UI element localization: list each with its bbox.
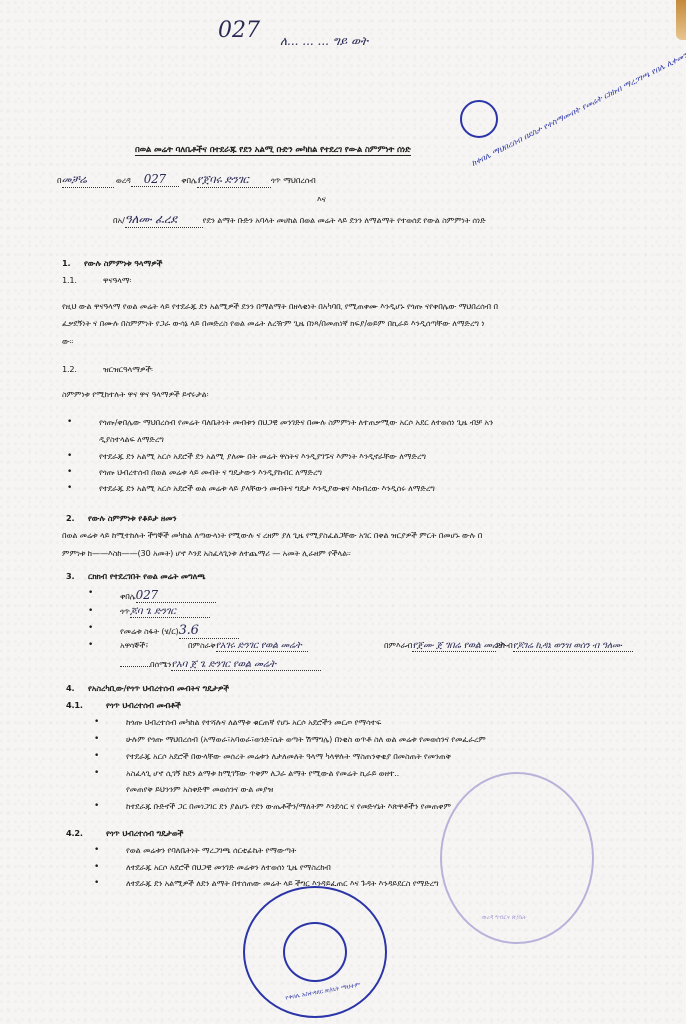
kebele-value: 027 <box>131 172 179 187</box>
section-4-number: 4. <box>66 683 74 693</box>
section-2-line-1: በወል መሬቱ ላይ ከሚተከሉት ችግኞች መካከል ለጣውላነት የሚውሉ … <box>62 530 482 541</box>
section-1-2-heading: ዝርዝርዓላማዎች፡ <box>103 364 153 375</box>
kebele-label: ቀበሌ <box>181 175 197 185</box>
objective-item: የተደራጁ ደን አልሚ አርሶ አደሮች ደን አልሚ ያለሙ በት መሬት … <box>99 451 426 462</box>
objective-item: የተደራጁ ደን አልሚ አርሶ አደሮች ወል መሬቱ ላይ ያላቸውን መብ… <box>99 483 435 494</box>
community-label: ጎጥ ማህበረሰብ <box>271 175 316 185</box>
section-3-number: 3. <box>66 571 74 581</box>
boundary-south: ደቡብየጆገሬ ኪዳኔ ወንዝ ወሰን ብ ዓለሙ <box>496 640 633 652</box>
faint-stamp-text: ወረዳ ግብርና ጽ/ቤት <box>482 914 527 922</box>
parties-line-2-text: የደን ልማት ቡድን አባላት መሀከል በወል መሬት ላይ ደንን ለማል… <box>203 215 486 225</box>
boundary-west: በምእራብየጀሙ ጀ ገበሬ የወል መሬት <box>384 640 496 652</box>
area-label: የመሬቱ ስፋት (ሄ/ር) <box>120 626 179 636</box>
west-value: የጀሙ ጀ ገበሬ የወል መሬት <box>412 640 496 652</box>
section-1-para-line-3: ው። <box>62 336 73 347</box>
group-leader-name: ዓለሙ ፈረደ <box>125 212 203 228</box>
area-value: 3.6 <box>179 623 239 639</box>
document-page: 027 ለ... ... ... ግይ ወት በወል መሬት ባለቤቶችና በተ… <box>0 0 686 1024</box>
section-3-heading: ርክክብ የተደረገበት የወል መሬት መግለጫ <box>88 571 206 582</box>
paper-stain <box>676 0 686 40</box>
and-label: እና <box>317 194 326 205</box>
faint-stamp-icon: ወረዳ ግብርና ጽ/ቤት <box>440 772 594 944</box>
handwritten-number: 027 <box>218 18 260 43</box>
south-label: ደቡብ <box>496 640 513 650</box>
woreda-label: ወረዳ <box>116 175 131 185</box>
west-label: በምእራብ <box>384 640 412 650</box>
east-label: በምስራቅ <box>188 640 216 650</box>
section-4-2-heading: የጎጥ ህብረተሰብ ግዴታወች <box>106 828 183 839</box>
section-2-heading: የውሉ ስምምነቱ የቆይታ ዘመን <box>88 513 176 524</box>
duty-item: ለተደራጁ ደን አልሚዎች ለደን ልማት በተሰጠው መሬት ላይ ችግር … <box>126 878 439 889</box>
right-item: ከጎጡ ህብረተሰብ መካከል የተሻሉና ለልማቱ ቁርጠኛ የሆኑ አርሶ … <box>126 717 381 728</box>
stamp-text: የቀበሌ አስተዳደር ጽ/ቤት ማህተም <box>285 981 361 1002</box>
section-4-1-number: 4.1. <box>66 700 83 710</box>
right-item: አስፈላጊ ሆኖ ሲገኝ ከደን ልማቱ ከሚገኘው ጥቅም ለጋራ ልማት የ… <box>126 768 399 779</box>
section-1-2-number: 1.2. <box>62 364 77 374</box>
right-item: ከተደራጁ ቡድኖች ጋር በመነጋገር ደን ያልሆኑ የደን ውጤቶችን/ማ… <box>126 801 451 812</box>
north-label: በሰሜን <box>150 659 171 669</box>
land-detail-got: ጎጥጆባ ጌ ድንገር <box>120 606 210 618</box>
objective-item: የጎጡ ህብረተሰብ በወል መሬቱ ላይ መብት ና ግዴታውን እንዲያከብ… <box>99 467 322 478</box>
section-1-1-heading: ዋናዓላማ፡ <box>103 275 131 286</box>
section-4-heading: የአስረካቢው/የጎጥ ህብረተሰብ መብትና ግዴታዎች <box>88 683 229 694</box>
got-label: ጎጥ <box>120 606 130 616</box>
land-boundaries-label: አዋሳኞች፣ <box>120 640 148 651</box>
north-value: የአባ ጀ ጌ ድንገር የወል መሬት <box>171 659 321 671</box>
section-1-para-line-2: ፈቃደኝነት ና በሙሉ በስምምነት የጋራ ውሳኔ ላይ በመድረስ የወል… <box>62 318 484 329</box>
east-value: የአገሩ ድንገር የወል መሬት <box>216 640 308 652</box>
section-2-number: 2. <box>66 513 74 523</box>
right-item: ሁሉም የጎጡ ማህበረሰብ (አማወራ፣አባወራ፣ወንድ፣ሴት ወጣት ሽማግ… <box>126 734 486 745</box>
community-value: የጀባሩ ድንገር <box>197 173 271 188</box>
right-item-continuation: የመጠየቅ ይህንንም አስቀድሞ መወሰንና ውል መያዝ <box>126 784 273 795</box>
boundary-north: በሰሜንየአባ ጀ ጌ ድንገር የወል መሬት <box>120 659 321 671</box>
objective-item-continuation: ዲያስተላልፍ ለማድረግ <box>99 434 164 445</box>
section-1-heading: የውሉ ስምምነቱ ዓላማዎች <box>84 258 162 269</box>
document-title: በወል መሬት ባለቤቶችና በተደራጁ የደን አልሚ ቡድን መካከል የተ… <box>135 145 411 156</box>
got-value: ጆባ ጌ ድንገር <box>130 606 210 618</box>
prefix-label-2: በአ/ <box>113 215 125 225</box>
stamp-note: ከቀበሌ ማህበረሰብ በደስታ የተስማሙበት የመሬት ርክክብ ማረጋገጫ… <box>470 47 686 169</box>
kebele-label: ቀበሌ <box>120 591 136 601</box>
section-2-line-2: ምምነቱ ከ——እስከ——(30 አመት) ሆኖ እንደ አስፈላጊነቱ ለተጨ… <box>62 548 351 559</box>
section-1-number: 1. <box>62 258 70 268</box>
section-4-1-heading: የጎጥ ህብረተሰብ መብቶች <box>106 700 181 711</box>
woreda-value: መቻሬ <box>62 173 114 188</box>
small-stamp-icon <box>460 100 498 138</box>
parties-line-1: በመቻሬ ወረዳ027 ቀበሌየጀባሩ ድንገርጎጥ ማህበረሰብ <box>57 172 316 188</box>
objective-item: የጎጡ/ቀበሌው ማህበረሰብ የመሬት ባለቤትነት መብቱን በህጋዊ መን… <box>99 417 493 428</box>
kebele-value: 027 <box>136 588 216 603</box>
right-item: የተደራጁ አርሶ አደሮች በውላቸው መሰረት መሬቱን ለታለመለት ዓላ… <box>126 751 451 762</box>
section-1-para-line-1: የዚህ ውል ዋናዓላማ የወል መሬት ላይ የተደራጁ ደን አልሚዎች ደ… <box>62 301 498 312</box>
official-stamp-icon: የቀበሌ አስተዳደር ጽ/ቤት ማህተም <box>243 886 387 1018</box>
duty-item: ለተደራጁ አርሶ አደሮች በህጋዊ መንገድ መሬቱን ለተወሰነ ጊዜ የ… <box>126 862 331 873</box>
section-4-2-number: 4.2. <box>66 828 83 838</box>
land-detail-area: የመሬቱ ስፋት (ሄ/ር)3.6 <box>120 623 239 639</box>
land-detail-kebele: ቀበሌ027 <box>120 588 216 603</box>
section-1-2-intro: ስምምነቱ የሚከተሉት ዋና ዋና ዓላማዎች ይኖሩታል፡ <box>62 389 208 400</box>
stamp-inner-ring <box>283 922 347 982</box>
boundary-east: በምስራቅየአገሩ ድንገር የወል መሬት <box>188 640 308 652</box>
south-value: የጆገሬ ኪዳኔ ወንዝ ወሰን ብ ዓለሙ <box>513 641 633 652</box>
duty-item: የወል መሬቱን የባለቤትነት ማረጋገጫ ሰርቲፊኬት የማውጣት <box>126 845 296 856</box>
parties-line-2: በአ/ዓለሙ ፈረደየደን ልማት ቡድን አባላት መሀከል በወል መሬት … <box>113 212 486 228</box>
handwritten-note: ለ... ... ... ግይ ወት <box>280 34 368 49</box>
section-1-1-number: 1.1. <box>62 275 77 285</box>
